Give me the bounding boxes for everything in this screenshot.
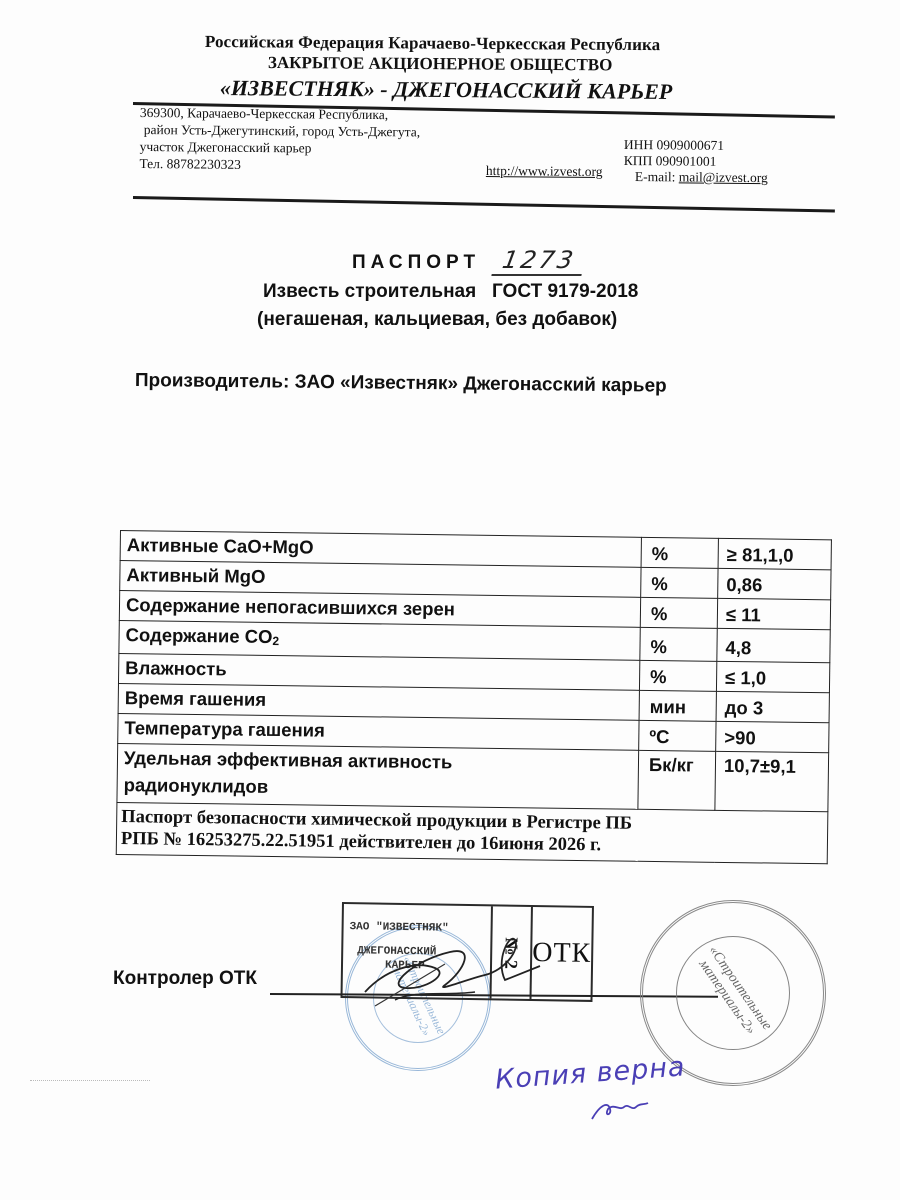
- param-unit: %: [640, 597, 717, 628]
- param-unit: %: [641, 567, 718, 598]
- param-unit: %: [641, 537, 718, 568]
- email-link[interactable]: mail@izvest.org: [679, 169, 768, 185]
- stamp-text: «Строительные материалы-2»: [688, 938, 778, 1048]
- param-value: ≤ 11: [717, 598, 830, 629]
- handwritten-initials: [590, 1095, 650, 1121]
- inn: ИНН 0909000671: [624, 137, 724, 154]
- producer: Производитель: ЗАО «Известняк» Джегонасс…: [135, 370, 667, 398]
- certificate-row: Паспорт безопасности химической продукци…: [116, 802, 828, 863]
- controller-label: Контролер ОТК: [113, 968, 257, 990]
- param-value: >90: [716, 721, 829, 752]
- website-link[interactable]: http://www.izvest.org: [486, 163, 603, 179]
- parameters-table: Активные CaO+MgO % ≥ 81,1,0 Активный MgO…: [116, 530, 832, 864]
- param-unit: %: [639, 660, 716, 691]
- param-name-main: Содержание CO: [125, 624, 272, 647]
- letterhead-company-type: ЗАКРЫТОЕ АКЦИОНЕРНОЕ ОБЩЕСТВО: [268, 53, 613, 75]
- product-name: Известь строительная ГОСТ 9179-2018: [263, 281, 638, 303]
- param-value: 10,7±9,1: [715, 751, 829, 811]
- letterhead-company-name: «ИЗВЕСТНЯК» - ДЖЕГОНАССКИЙ КАРЬЕР: [220, 75, 673, 105]
- email-label: E-mail:: [635, 169, 679, 184]
- param-value: 4,8: [717, 628, 830, 662]
- parameters-table-wrapper: Активные CaO+MgO % ≥ 81,1,0 Активный MgO…: [116, 530, 832, 864]
- letterhead-region: Российская Федерация Карачаево-Черкесска…: [205, 32, 660, 55]
- kpp: КПП 090901001: [624, 153, 724, 170]
- letterhead-bottom-rule: [133, 196, 835, 212]
- param-name-subscript: 2: [272, 634, 279, 648]
- stamp-inner-ring: «Строительные материалы-2»: [676, 936, 790, 1050]
- scan-artifact: [30, 1080, 150, 1081]
- product-spec: (негашеная, кальциевая, без добавок): [257, 309, 617, 331]
- param-value: ≥ 81,1,0: [718, 538, 831, 569]
- safety-certificate: Паспорт безопасности химической продукци…: [116, 802, 828, 863]
- tax-ids: ИНН 0909000671 КПП 090901001: [624, 137, 724, 170]
- param-unit: ºC: [639, 720, 716, 751]
- param-name: Удельная эффективная активность радионук…: [117, 743, 639, 809]
- passport-title: ПАСПОРТ: [352, 252, 480, 274]
- param-value: до 3: [716, 691, 829, 722]
- website: http://www.izvest.org: [486, 163, 603, 180]
- table-row: Удельная эффективная активность радионук…: [117, 743, 829, 811]
- param-unit: мин: [639, 690, 716, 721]
- passport-number: 1273: [491, 246, 586, 276]
- signature-scribble: [355, 930, 555, 1010]
- handwritten-copy-certified: Копия верна: [494, 1051, 686, 1095]
- param-value: ≤ 1,0: [716, 661, 829, 692]
- company-address: 369300, Карачаево-Черкесская Республика,…: [139, 104, 420, 174]
- param-value: 0,86: [718, 568, 831, 599]
- param-unit: Бк/кг: [638, 750, 716, 810]
- param-name-line2: радионуклидов: [123, 771, 631, 805]
- phone: Тел. 88782230323: [139, 155, 420, 174]
- email: E-mail: mail@izvest.org: [635, 169, 768, 186]
- param-unit: %: [640, 627, 717, 661]
